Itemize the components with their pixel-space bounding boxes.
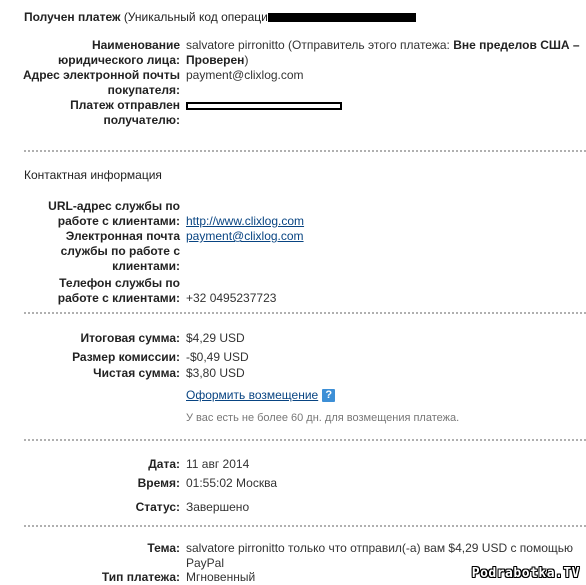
divider bbox=[24, 439, 586, 441]
net-amount-value: $3,80 USD bbox=[186, 366, 581, 381]
total-amount-label: Итоговая сумма: bbox=[10, 331, 180, 346]
transaction-id-label: (Уникальный код операци bbox=[124, 10, 268, 24]
payment-title: Получен платеж bbox=[24, 10, 120, 24]
support-url-label: URL-адрес службы по работе с клиентами: bbox=[10, 199, 180, 229]
refund-note: У вас есть не более 60 дн. для возмещени… bbox=[186, 411, 581, 426]
buyer-email-value: payment@clixlog.com bbox=[186, 68, 581, 83]
fee-label: Размер комиссии: bbox=[10, 350, 180, 365]
subject-label: Тема: bbox=[10, 541, 180, 556]
divider bbox=[24, 525, 586, 527]
status-value: Завершено bbox=[186, 500, 581, 515]
sent-to-value bbox=[186, 98, 581, 113]
contact-section-title: Контактная информация bbox=[24, 168, 162, 182]
payment-type-label: Тип платежа: bbox=[10, 570, 180, 585]
sender-verified: Проверен bbox=[186, 53, 244, 67]
sender-name-label: Наименование юридического лица: bbox=[10, 38, 180, 68]
buyer-email-label: Адрес электронной почты покупателя: bbox=[10, 68, 180, 98]
sender-name-value: salvatore pirronitto (Отправитель этого … bbox=[186, 38, 581, 68]
support-email-label: Электронная почта службы по работе с кли… bbox=[10, 229, 180, 274]
date-value: 11 авг 2014 bbox=[186, 457, 581, 472]
payment-received-heading: Получен платеж (Уникальный код операци bbox=[24, 10, 416, 24]
divider bbox=[24, 312, 586, 314]
redacted-recipient bbox=[186, 102, 342, 110]
support-url-link[interactable]: http://www.clixlog.com bbox=[186, 214, 304, 228]
time-label: Время: bbox=[10, 476, 180, 491]
sender-status: Вне пределов США – bbox=[453, 38, 579, 52]
help-icon[interactable]: ? bbox=[322, 389, 335, 402]
status-label: Статус: bbox=[10, 500, 180, 515]
net-amount-label: Чистая сумма: bbox=[10, 366, 180, 381]
date-label: Дата: bbox=[10, 457, 180, 472]
redacted-transaction-id bbox=[268, 13, 416, 22]
fee-value: -$0,49 USD bbox=[186, 350, 581, 365]
divider bbox=[24, 150, 586, 152]
time-value: 01:55:02 Москва bbox=[186, 476, 581, 491]
watermark: Podrabotka.TV bbox=[472, 566, 580, 581]
issue-refund-link[interactable]: Оформить возмещение bbox=[186, 388, 318, 402]
sent-to-label: Платеж отправлен получателю: bbox=[10, 98, 180, 128]
total-amount-value: $4,29 USD bbox=[186, 331, 581, 346]
support-phone-label: Телефон службы по работе с клиентами: bbox=[10, 276, 180, 306]
support-email-link[interactable]: payment@clixlog.com bbox=[186, 229, 304, 243]
support-phone-value: +32 0495237723 bbox=[186, 291, 581, 306]
